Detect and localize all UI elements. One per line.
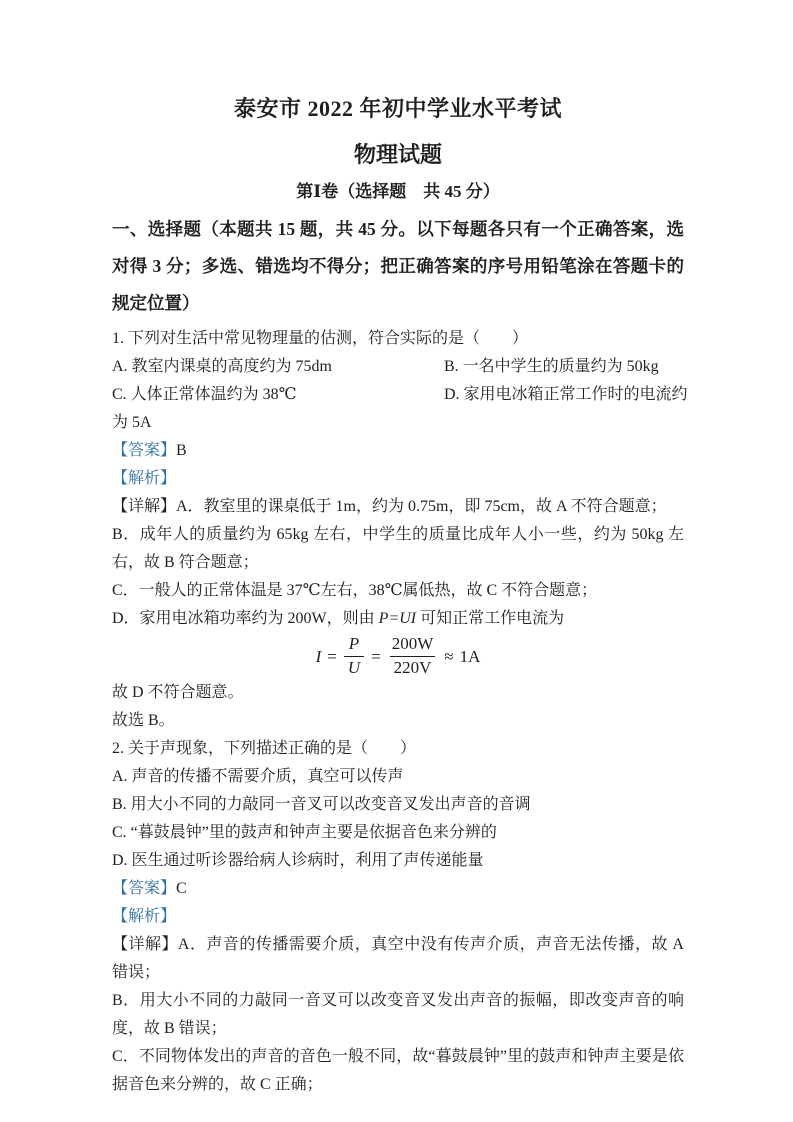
q1-detail-d-formula: P=UI [379, 610, 416, 627]
formula-approx-sign: ≈ [444, 648, 453, 665]
q1-analysis-line: 【解析】 [112, 465, 684, 493]
section-intro: 一、选择题（本题共 15 题，共 45 分。以下每题各只有一个正确答案，选对得 … [112, 211, 684, 322]
formula-numerator-200w: 200W [388, 633, 438, 655]
exam-title: 泰安市 2022 年初中学业水平考试 [112, 96, 684, 122]
formula-denominator-u: U [344, 656, 364, 679]
q1-options-row-2: C. 人体正常体温约为 38℃ D. 家用电冰箱正常工作时的电流约 [112, 381, 684, 409]
q2-detail-b: B．用大小不同的力敲同一音叉可以改变音叉发出声音的振幅，即改变声音的响度，故 B… [112, 987, 684, 1043]
formula-fraction-numeric: 200W 220V [388, 633, 438, 679]
q1-option-a: A. 教室内课桌的高度约为 75dm [112, 353, 444, 381]
q2-option-a: A. 声音的传播不需要介质，真空可以传声 [112, 763, 684, 791]
q1-stem: 1. 下列对生活中常见物理量的估测，符合实际的是（ ） [112, 325, 684, 353]
q1-detail-b: B．成年人的质量约为 65kg 左右，中学生的质量比成年人小一些，约为 50kg… [112, 521, 684, 577]
formula-fraction-symbolic: P U [344, 633, 364, 679]
q1-detail-d-post: 可知正常工作电流为 [416, 610, 564, 627]
document-content: 泰安市 2022 年初中学业水平考试 物理试题 第Ⅰ卷（选择题 共 45 分） … [112, 96, 684, 1099]
q1-conclusion-d: 故 D 不符合题意。 [112, 679, 684, 707]
formula-equals-1: = [327, 648, 337, 665]
q2-option-b: B. 用大小不同的力敲同一音叉可以改变音叉发出声音的音调 [112, 791, 684, 819]
q1-answer-label: 【答案】 [112, 442, 176, 459]
q2-answer-line: 【答案】C [112, 875, 684, 903]
q1-detail-a: 【详解】A．教室里的课桌低于 1m，约为 0.75m，即 75cm，故 A 不符… [112, 493, 684, 521]
q2-analysis-label: 【解析】 [112, 908, 176, 925]
q2-detail-c: C．不同物体发出的声音的音色一般不同，故“暮鼓晨钟”里的鼓声和钟声主要是依据音色… [112, 1043, 684, 1099]
q1-detail-c: C．一般人的正常体温是 37℃左右，38℃属低热，故 C 不符合题意； [112, 577, 684, 605]
q2-detail-a: 【详解】A．声音的传播需要介质，真空中没有传声介质，声音无法传播，故 A 错误； [112, 931, 684, 987]
formula-current-symbol: I [316, 648, 322, 665]
q2-stem: 2. 关于声现象，下列描述正确的是（ ） [112, 735, 684, 763]
q1-answer-line: 【答案】B [112, 437, 684, 465]
q1-detail-d-pre: D．家用电冰箱功率约为 200W，则由 [112, 610, 379, 627]
q1-options-row-1: A. 教室内课桌的高度约为 75dm B. 一名中学生的质量约为 50kg [112, 353, 684, 381]
q2-option-c: C. “暮鼓晨钟”里的鼓声和钟声主要是依据音色来分辨的 [112, 819, 684, 847]
q1-option-d: D. 家用电冰箱正常工作时的电流约 [444, 381, 688, 409]
q1-option-b: B. 一名中学生的质量约为 50kg [444, 353, 684, 381]
formula-numerator-p: P [345, 633, 363, 655]
q1-detail-d: D．家用电冰箱功率约为 200W，则由 P=UI 可知正常工作电流为 [112, 605, 684, 633]
formula-equals-2: = [371, 648, 381, 665]
q1-analysis-label: 【解析】 [112, 470, 176, 487]
exam-subtitle: 物理试题 [112, 142, 684, 168]
q2-answer-label: 【答案】 [112, 880, 176, 897]
document-page: 泰安市 2022 年初中学业水平考试 物理试题 第Ⅰ卷（选择题 共 45 分） … [0, 0, 793, 1122]
q1-conclusion: 故选 B。 [112, 707, 684, 735]
q2-answer-value: C [176, 880, 187, 897]
q1-option-c: C. 人体正常体温约为 38℃ [112, 381, 444, 409]
q2-analysis-line: 【解析】 [112, 903, 684, 931]
q1-option-d-continuation: 为 5A [112, 409, 684, 437]
q2-option-d: D. 医生通过听诊器给病人诊病时，利用了声传递能量 [112, 847, 684, 875]
formula-denominator-220v: 220V [390, 656, 436, 679]
q1-formula: I = P U = 200W 220V ≈ 1A [112, 633, 684, 679]
part-header: 第Ⅰ卷（选择题 共 45 分） [112, 181, 684, 203]
formula-result: 1A [460, 648, 481, 665]
q1-answer-value: B [176, 442, 187, 459]
